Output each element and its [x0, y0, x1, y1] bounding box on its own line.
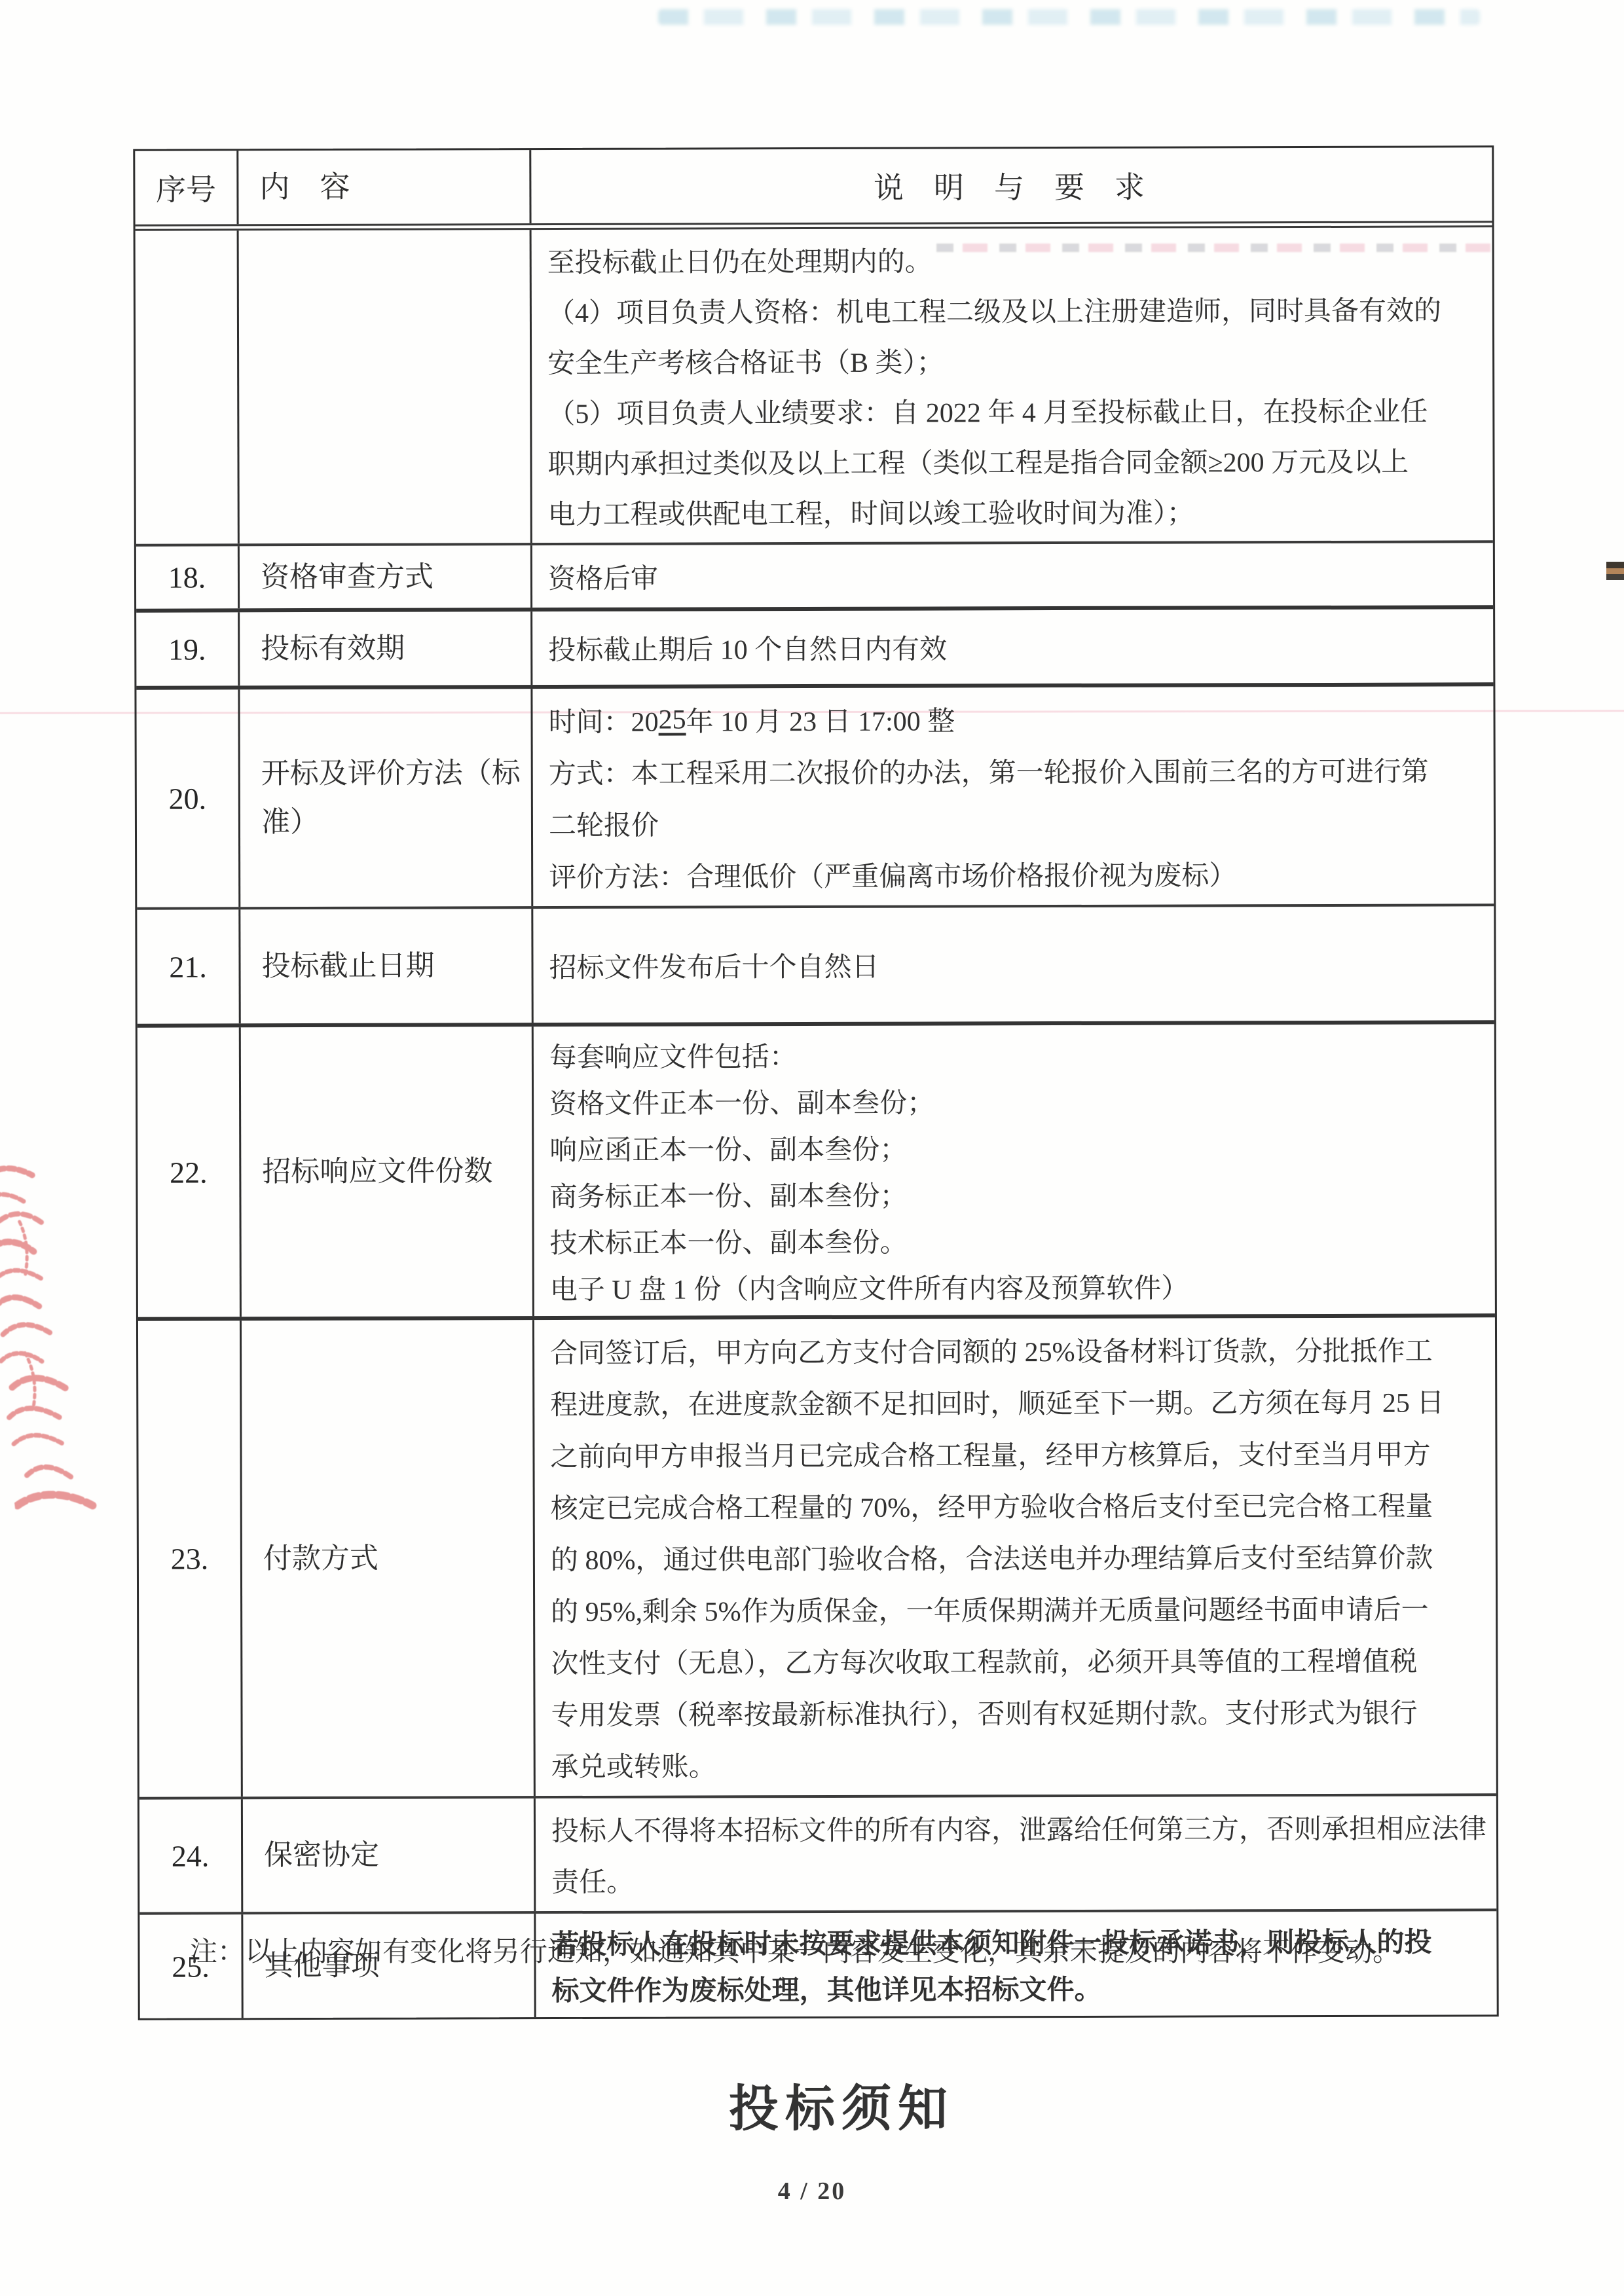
- row-number-cell: 19.: [136, 612, 240, 685]
- row-desc-cell: 合同签订后，甲方向乙方支付合同额的 25%设备材料订货款，分批抵作工程进度款，在…: [534, 1317, 1496, 1796]
- table-header-row: 序号 内 容 说 明 与 要 求: [135, 147, 1492, 224]
- table-row: 23.付款方式合同签订后，甲方向乙方支付合同额的 25%设备材料订货款，分批抵作…: [138, 1313, 1496, 1796]
- desc-line: 评价方法：合理低价（严重偏离市场价格报价视为废标）: [549, 847, 1488, 901]
- row-label-cell: 资格审查方式: [240, 545, 532, 608]
- desc-line: 投标人不得将本招标文件的所有内容，泄露给任何第三方，否则承担相应法律: [551, 1801, 1491, 1855]
- red-stamp-fragment: [0, 1146, 145, 1532]
- underlined-text: 25: [658, 704, 686, 735]
- scan-artifact-top: [658, 9, 1480, 25]
- page-number: 4 / 20: [0, 2177, 1624, 2206]
- row-number: 18.: [168, 560, 206, 594]
- text-segment: 时间：20: [548, 700, 658, 739]
- desc-line: 资格后审: [548, 548, 1488, 602]
- desc-line: 的 95%,剩余 5%作为质保金，一年质保期满并无质量问题经书面申请后一: [551, 1581, 1490, 1635]
- scanned-document-page: 序号 内 容 说 明 与 要 求 至投标截止日仍在处理期内的。（4）项目负责人资…: [0, 0, 1624, 2296]
- row-label-cell: 付款方式: [242, 1320, 536, 1796]
- table-row: 18.资格审查方式资格后审: [136, 540, 1493, 608]
- row-label: 保密协定: [264, 1831, 525, 1880]
- section-heading: 投标须知: [29, 2069, 1624, 2140]
- row-desc-cell: 投标截止期后 10 个自然日内有效: [532, 609, 1493, 685]
- header-content-label: 内 容: [259, 162, 520, 211]
- desc-line: （5）项目负责人业绩要求：自 2022 年 4 月至投标截止日，在投标企业任: [547, 384, 1487, 437]
- desc-line: 投标截止期后 10 个自然日内有效: [548, 620, 1488, 674]
- row-number: 19.: [168, 632, 206, 666]
- row-number: 21.: [169, 949, 207, 984]
- row-desc-cell: 投标人不得将本招标文件的所有内容，泄露给任何第三方，否则承担相应法律责任。: [536, 1796, 1496, 1911]
- header-cell-desc: 说 明 与 要 求: [531, 147, 1492, 223]
- desc-line: 标文件作为废标处理，其他详见本招标文件。: [552, 1963, 1492, 2012]
- row-number-cell: 22.: [138, 1027, 242, 1317]
- row-label-cell: 投标有效期: [240, 611, 532, 685]
- table-rows: 至投标截止日仍在处理期内的。（4）项目负责人资格：机电工程二级及以上注册建造师，…: [136, 221, 1497, 2018]
- desc-line: 每套响应文件包括：: [549, 1029, 1489, 1078]
- desc-line: 核定已完成合格工程量的 70%，经甲方验收合格后支付至已完合格工程量: [551, 1478, 1490, 1532]
- row-desc-cell: 至投标截止日仍在处理期内的。（4）项目负责人资格：机电工程二级及以上注册建造师，…: [532, 227, 1493, 543]
- table-row: 22.招标响应文件份数每套响应文件包括：资格文件正本一份、副本叁份；响应函正本一…: [138, 1020, 1495, 1317]
- row-number-cell: 18.: [136, 546, 240, 608]
- desc-line: 之前向甲方申报当月已完成合格工程量，经甲方核算后，支付至当月甲方: [550, 1426, 1490, 1480]
- row-label: 资格审查方式: [261, 553, 521, 602]
- row-desc-cell: 时间：2025 年 10 月 23 日 17:00 整方式：本工程采用二次报价的…: [532, 686, 1494, 906]
- desc-line: 技术标正本一份、副本叁份。: [550, 1215, 1490, 1264]
- desc-line: 电子 U 盘 1 份（内含响应文件所有内容及预算软件）: [550, 1262, 1490, 1311]
- desc-line: 职期内承担过类似及以上工程（类似工程是指合同金额≥200 万元及以上: [547, 434, 1487, 487]
- desc-line: 资格文件正本一份、副本叁份；: [549, 1076, 1489, 1125]
- row-label: [260, 386, 521, 387]
- row-label: 投标有效期: [261, 624, 521, 673]
- row-label-cell: 投标截止日期: [240, 909, 533, 1023]
- desc-line: 合同签订后，甲方向乙方支付合同额的 25%设备材料订货款，分批抵作工: [550, 1322, 1490, 1377]
- desc-line: 商务标正本一份、副本叁份；: [549, 1169, 1489, 1218]
- desc-line: 程进度款，在进度款金额不足扣回时，顺延至下一期。乙方须在每月 25 日: [550, 1374, 1490, 1429]
- header-cell-content: 内 容: [238, 150, 531, 224]
- desc-line: 响应函正本一份、副本叁份；: [549, 1122, 1489, 1171]
- desc-line: 方式：本工程采用二次报价的办法，第一轮报价入围前三名的方可进行第: [549, 743, 1488, 797]
- row-number-cell: 21.: [137, 909, 240, 1023]
- desc-line: 专用发票（税率按最新标准执行），否则有权延期付款。支付形式为银行: [551, 1685, 1490, 1739]
- desc-line: 责任。: [551, 1852, 1491, 1906]
- row-label-cell: [239, 230, 532, 543]
- row-label: 招标响应文件份数: [262, 1147, 523, 1196]
- text-segment: 年 10 月 23 日 17:00 整: [686, 699, 955, 739]
- header-cell-no: 序号: [135, 151, 238, 224]
- binding-mark: [1606, 562, 1624, 584]
- row-label: 付款方式: [263, 1534, 524, 1583]
- desc-line: 的 80%，通过供电部门验收合格，合法送电并办理结算后支付至结算价款: [551, 1529, 1490, 1584]
- row-number-cell: 20.: [136, 689, 240, 907]
- row-desc-cell: 资格后审: [532, 543, 1493, 608]
- row-number: 22.: [170, 1155, 208, 1190]
- row-label: 投标截止日期: [261, 941, 522, 991]
- row-number-cell: 24.: [139, 1799, 243, 1912]
- row-number: 24.: [172, 1838, 210, 1873]
- tender-clause-table: 序号 内 容 说 明 与 要 求 至投标截止日仍在处理期内的。（4）项目负责人资…: [133, 145, 1498, 2020]
- row-desc-cell: 招标文件发布后十个自然日: [533, 906, 1494, 1023]
- header-desc-label: 说 明 与 要 求: [874, 164, 1145, 208]
- desc-line: （4）项目负责人资格：机电工程二级及以上注册建造师，同时具备有效的: [547, 283, 1487, 336]
- table-row: 20.开标及评价方法（标准）时间：2025 年 10 月 23 日 17:00 …: [136, 682, 1494, 907]
- desc-line: 次性支付（无息），乙方每次收取工程款前，必须开具等值的工程增值税: [551, 1633, 1490, 1687]
- table-row: 21.投标截止日期招标文件发布后十个自然日: [137, 903, 1494, 1023]
- desc-line: 承兑或转账。: [551, 1736, 1491, 1791]
- desc-line: 电力工程或供配电工程，时间以竣工验收时间为准）；: [548, 484, 1488, 538]
- table-note: 注：以上内容如有变化将另行通知，如通知其中某一内容发生变化，其余未提及的内容将不…: [190, 1930, 1526, 1969]
- desc-line: 安全生产考核合格证书（B 类）；: [547, 333, 1487, 386]
- row-label-cell: 招标响应文件份数: [241, 1027, 534, 1317]
- row-desc-cell: 每套响应文件包括：资格文件正本一份、副本叁份；响应函正本一份、副本叁份；商务标正…: [534, 1024, 1495, 1316]
- desc-line: 二轮报价: [549, 795, 1488, 849]
- table-row: 24.保密协定投标人不得将本招标文件的所有内容，泄露给任何第三方，否则承担相应法…: [139, 1793, 1496, 1912]
- row-number: 20.: [169, 781, 207, 816]
- row-number-cell: 23.: [138, 1321, 243, 1796]
- desc-line: 时间：2025 年 10 月 23 日 17:00 整: [548, 691, 1488, 746]
- row-number-cell: [136, 230, 240, 543]
- header-no-label: 序号: [156, 166, 216, 209]
- table-row: 至投标截止日仍在处理期内的。（4）项目负责人资格：机电工程二级及以上注册建造师，…: [136, 221, 1493, 543]
- desc-line: 至投标截止日仍在处理期内的。: [547, 232, 1487, 285]
- desc-line: 招标文件发布后十个自然日: [549, 938, 1488, 992]
- row-label-cell: 保密协定: [243, 1798, 536, 1912]
- row-label: 开标及评价方法（标准）: [261, 749, 522, 847]
- row-label-cell: 开标及评价方法（标准）: [240, 689, 533, 907]
- table-row: 19.投标有效期投标截止期后 10 个自然日内有效: [136, 605, 1493, 685]
- row-number: 23.: [171, 1541, 209, 1576]
